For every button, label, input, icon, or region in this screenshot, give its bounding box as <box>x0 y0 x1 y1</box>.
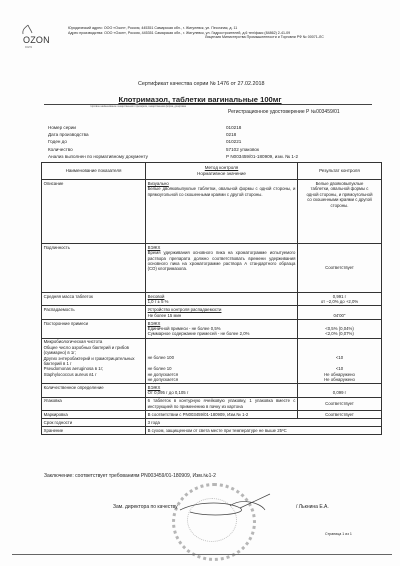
company-header: Юридический адрес: ООО «Озон», Россия, 4… <box>68 26 368 40</box>
product-subtitle: торговое наименование лекарственного пре… <box>90 105 186 108</box>
conclusion: Заключение: соответствует требованиям РN… <box>44 473 216 479</box>
header-result: Результат контроля <box>298 163 382 180</box>
meta-key: Дата производства <box>48 131 226 138</box>
meta-row-expiry: Годен до010221 <box>48 138 378 145</box>
norm: Белые двояковыпуклые таблетки, овальной … <box>148 186 296 197</box>
certificate-line: Сертификат качества серии № 1476 от 27.0… <box>138 81 264 87</box>
meta-value: 0218 <box>226 131 236 138</box>
table-row-impurities: Посторонние примеси ВЭЖХ Единичной приме… <box>42 319 382 338</box>
cell-result: Соответствует <box>298 397 382 410</box>
micro-enterobacteria: Других энтеробактерий и грамотрицательны… <box>44 356 144 367</box>
cell-name: Посторонние примеси <box>42 319 146 338</box>
logo-text: OZON <box>23 35 50 45</box>
norm: 1,0 г ± 5 % <box>148 299 296 304</box>
cell-result: 0,099 г <box>298 384 382 397</box>
logo-subtext: ФАРМ <box>25 46 32 49</box>
cell-result: Соответствует <box>298 411 382 419</box>
table-row-identity: Подлинность ВЭЖХ Время удерживания основ… <box>42 244 382 293</box>
micro-staphylococcus: Staphylococcus aureus в1 г <box>44 372 144 377</box>
meta-value: Р N003459/01-180909, изм. № 1-2 <box>226 153 298 160</box>
cell-name: Хранение <box>42 427 146 435</box>
norm: От 0,095 г до 0,105 г <box>148 390 296 395</box>
cell-name: Маркировка <box>42 411 146 419</box>
result-total: <2,0% (0,07%) <box>300 331 380 336</box>
meta-key: Анализ выполнен по нормативному документ… <box>48 153 226 160</box>
meta-row-quantity: Количество57102 упаковок <box>48 146 378 153</box>
table-header-row: Наименование показателя Метод контроля Н… <box>42 163 382 180</box>
cell-result: 0,991 г от −2,0% до +2,0% <box>298 293 382 306</box>
quality-table: Наименование показателя Метод контроля Н… <box>41 162 382 435</box>
table-row-mass: Средняя масса таблеток Весовой 1,0 г ± 5… <box>42 293 382 306</box>
signature-icon <box>170 488 280 528</box>
signer-name: / Лькнина Е.А. <box>296 504 329 510</box>
batch-info: Номер серии010218 Дата производства0218 … <box>48 124 378 160</box>
signer-title: Зам. директора по качеству <box>113 504 178 510</box>
meta-value: 57102 упаковок <box>226 146 259 153</box>
cell-result: Соответствует <box>298 244 382 293</box>
meta-value: 010218 <box>226 124 241 131</box>
table-row-disintegration: Распадаемость Устройство контроля распад… <box>42 306 382 319</box>
meta-key: Количество <box>48 146 226 153</box>
table-row-description: Описание Визуально Белые двояковыпуклые … <box>42 180 382 244</box>
header-norm: Нормативное значение <box>148 171 295 177</box>
table-row-assay: Количественное определение ВЭЖХ От 0,095… <box>42 384 382 397</box>
cell-name: Подлинность <box>42 244 146 293</box>
cell-name: Количественное определение <box>42 384 146 397</box>
license-line: Лицензия Министерства Промышленности и Т… <box>68 35 368 40</box>
table-row-microbiology: Микробиологическая чистота Общее число а… <box>42 338 382 384</box>
result-deviation: от −2,0% до +2,0% <box>300 299 380 304</box>
table-row-storage: Хранение В сухом, защищенном от света ме… <box>42 427 382 435</box>
company-logo: OZON ФАРМ <box>16 27 60 57</box>
micro-aerobic: Общее число аэробных бактерий и грибов (… <box>44 345 144 356</box>
meta-value: 010221 <box>226 138 241 145</box>
table-row-packaging: Упаковка 6 таблеток в контурную ячейкову… <box>42 397 382 410</box>
cell-norm: ВЭЖХ Время удерживания основного пика на… <box>146 244 298 293</box>
cell-name: Микробиологическая чистота Общее число а… <box>42 338 146 384</box>
meta-key: Номер серии <box>48 124 226 131</box>
meta-key: Годен до <box>48 138 226 145</box>
cell-result: Белые двояковыпуклые таблетки, овальной … <box>298 180 382 244</box>
cell-name: Описание <box>42 180 146 244</box>
norm: Не более 15 мин <box>148 313 296 318</box>
cell-name: Средняя масса таблеток <box>42 293 146 306</box>
cell-name: Упаковка <box>42 397 146 410</box>
cell-norm: не более 100 не более 10 не допускается … <box>146 338 298 384</box>
header-indicator: Наименование показателя <box>42 163 146 180</box>
header-method-norm: Метод контроля Нормативное значение <box>146 163 298 180</box>
cell-norm: 6 таблеток в контурную ячейковую упаковк… <box>146 397 298 410</box>
cell-norm: В соответствии с РN003459/01-180909, Изм… <box>146 411 298 419</box>
norm-staphylococcus: не допускается <box>148 377 296 382</box>
cell-norm: Визуально Белые двояковыпуклые таблетки,… <box>146 180 298 244</box>
norm: Время удерживания основного пика на хром… <box>148 250 296 272</box>
cell-norm: Весовой 1,0 г ± 5 % <box>146 293 298 306</box>
product-title: Клотримазол, таблетки вагинальные 100мг <box>0 95 400 104</box>
cell-norm: Устройство контроля распадаемости Не бол… <box>146 306 298 319</box>
meta-row-normative-doc: Анализ выполнен по нормативному документ… <box>48 153 378 160</box>
cell-name: Распадаемость <box>42 306 146 319</box>
result-staphylococcus: Не обнаружено <box>300 377 380 382</box>
cell-result: 04'00'' <box>298 306 382 319</box>
cell-norm: ВЭЖХ От 0,095 г до 0,105 г <box>146 384 298 397</box>
meta-row-production-date: Дата производства0218 <box>48 131 378 138</box>
cell-result: <10 <10 Не обнаружено Не обнаружено <box>298 338 382 384</box>
cell-name: Срок годности <box>42 419 146 427</box>
table-row-shelf-life: Срок годности 3 года <box>42 419 382 427</box>
cell-norm: В сухом, защищенном от света месте при т… <box>146 427 382 435</box>
norm-total: Суммарное содержание примесей - не более… <box>148 331 296 336</box>
page-number: Страница 1 из 1 <box>325 532 352 536</box>
cell-norm: 3 года <box>146 419 382 427</box>
registration-number: Регистрационное удостоверение Р №003459/… <box>228 109 340 115</box>
table-row-marking: Маркировка В соответствии с РN003459/01-… <box>42 411 382 419</box>
cell-norm: ВЭЖХ Единичной примеси - не более 0,5% С… <box>146 319 298 338</box>
meta-row-batch: Номер серии010218 <box>48 124 378 131</box>
bottom-divider <box>12 554 392 555</box>
cell-result: <0,5% (0,04%) <2,0% (0,07%) <box>298 319 382 338</box>
